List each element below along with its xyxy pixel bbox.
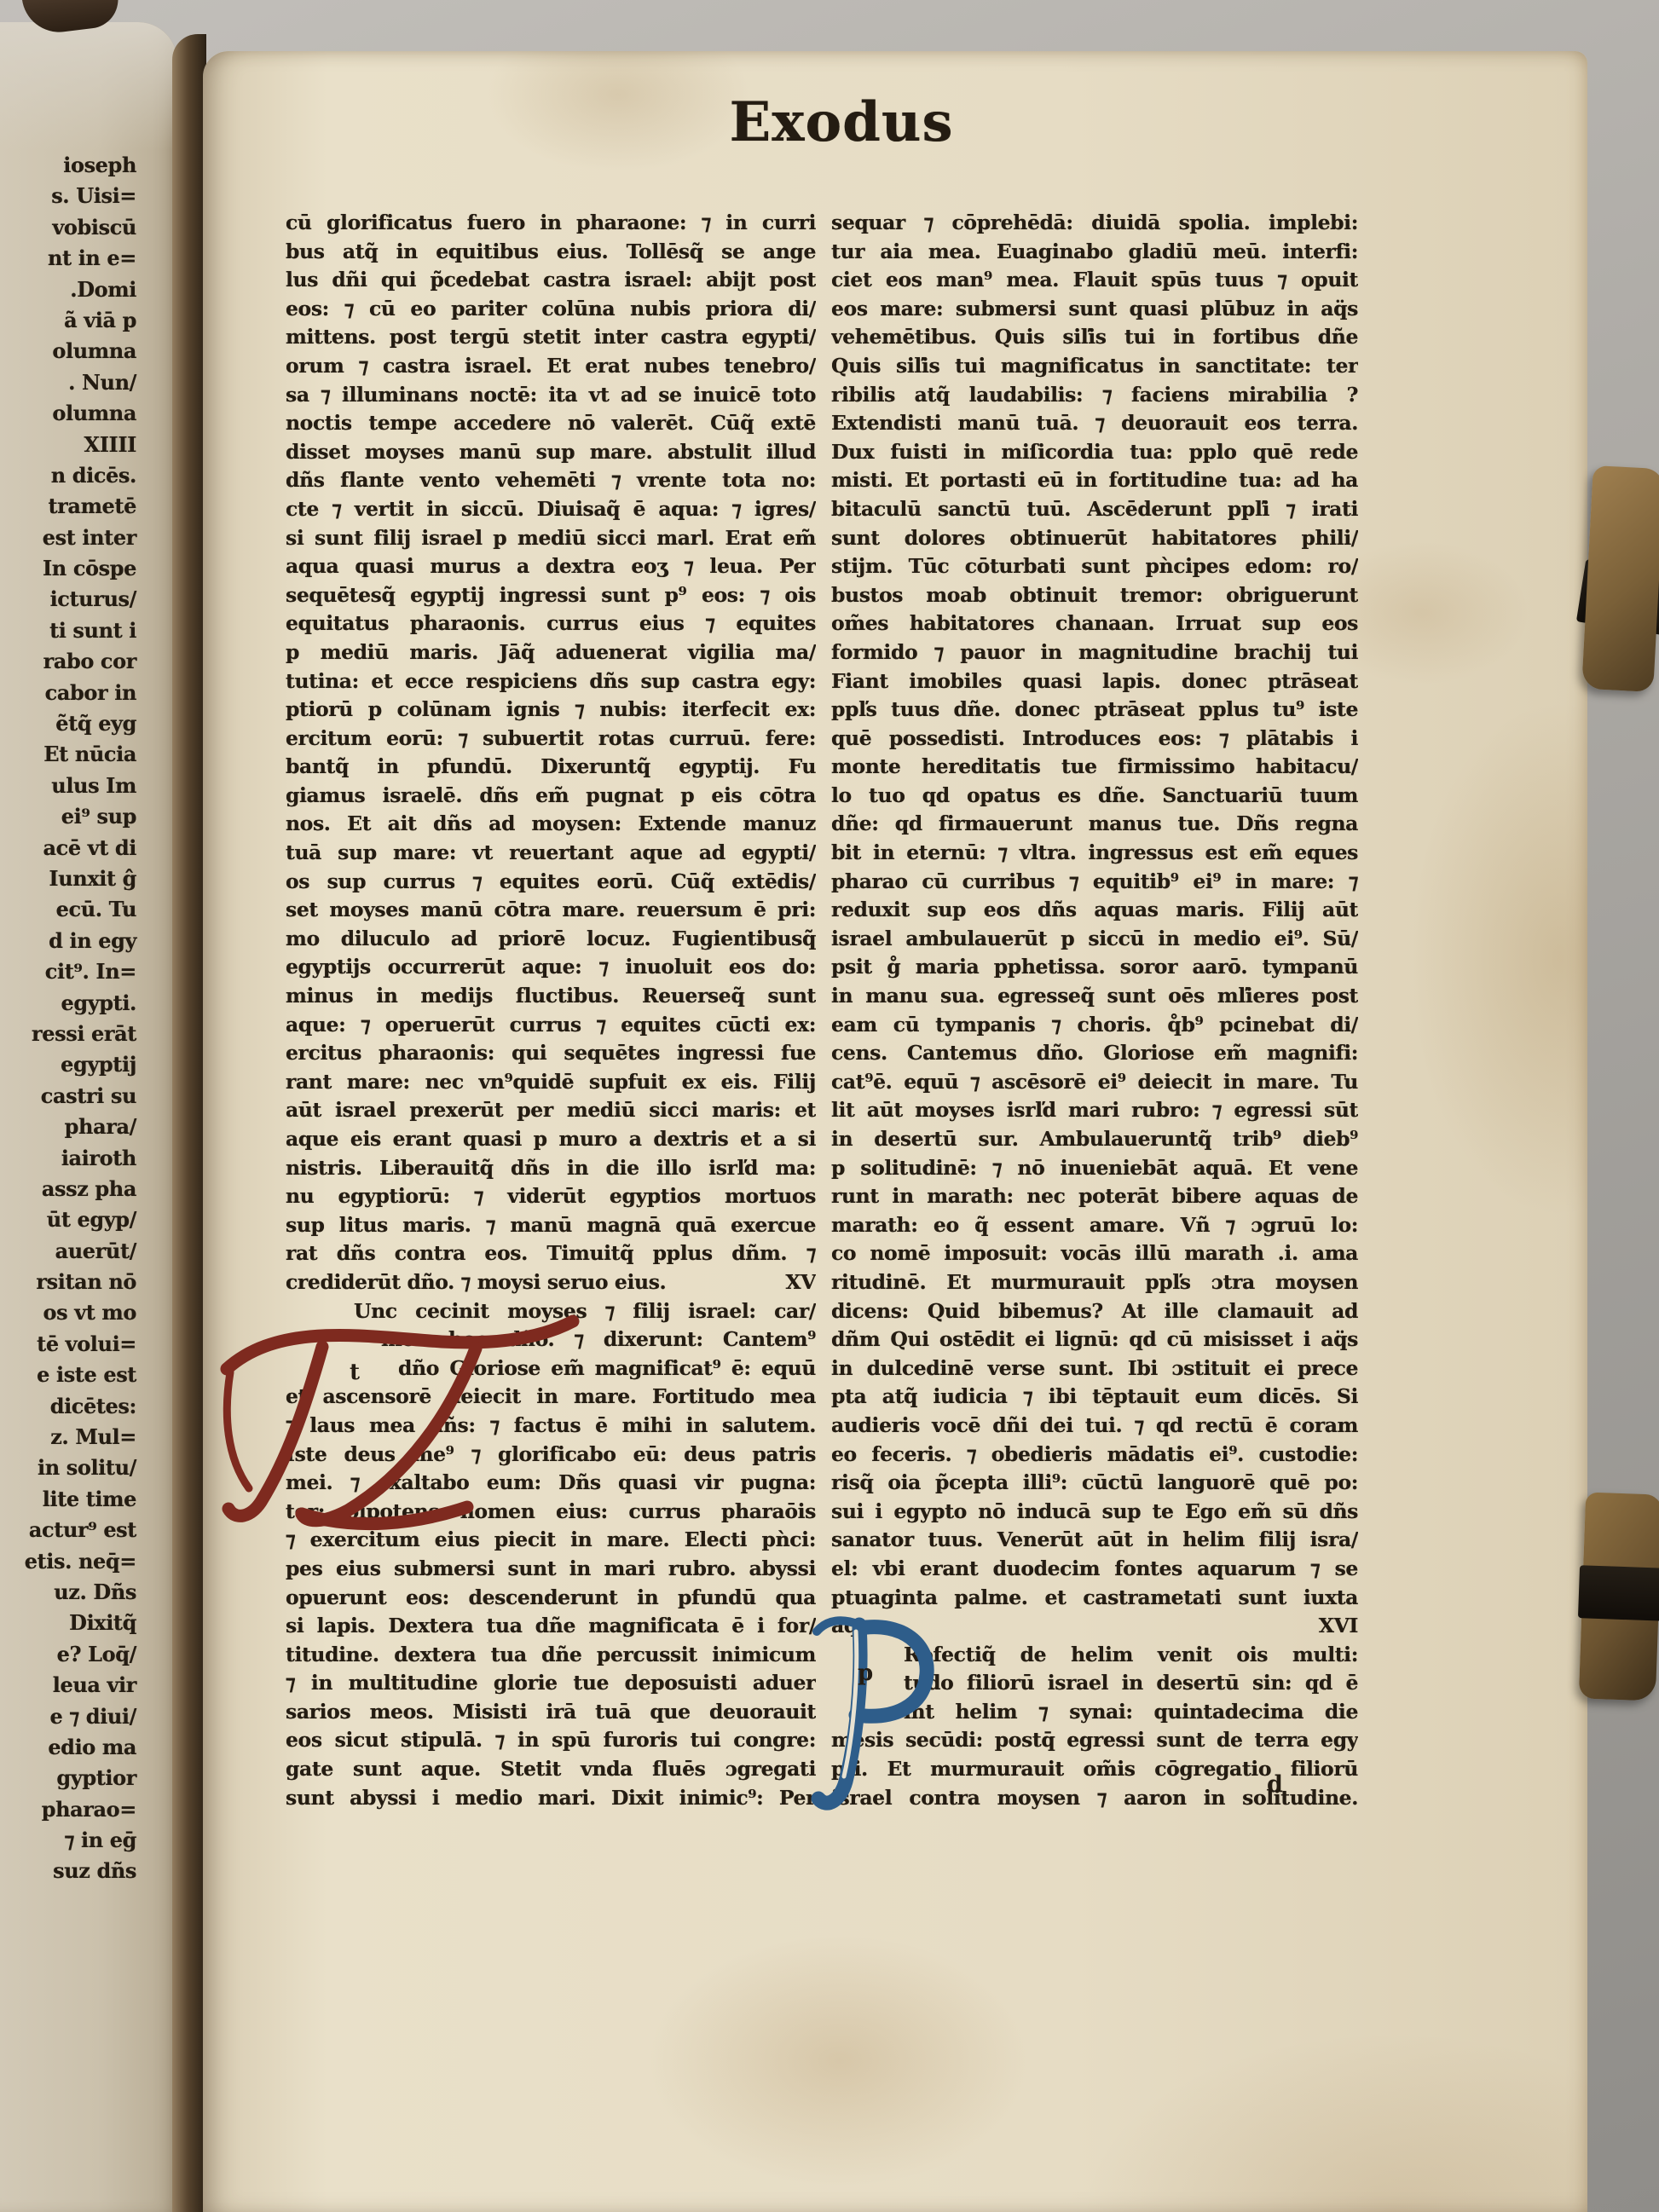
text-line: pes eius submersi sunt in mari rubro. ab… <box>286 1555 816 1584</box>
text-line: tur aia mea. Euaginabo gladiū meū. inter… <box>831 238 1358 267</box>
text-line: mo diluculo ad priorē locuz. Fugientibus… <box>286 925 816 954</box>
text-line: sui i egypto nō inducā sup te Ego em̃ sū… <box>831 1498 1358 1527</box>
text-line: lo tuo qd opatus es dñe. Sanctuariū tuum <box>831 782 1358 811</box>
signature-mark: d <box>1267 1771 1283 1798</box>
text-line: p solitudinē: ⁊ nō inueniebāt aquā. Et v… <box>831 1154 1358 1183</box>
facing-text-line: ei⁹ sup <box>0 801 136 832</box>
text-line: cū glorificatus fuero in pharaone: ⁊ in … <box>286 209 816 238</box>
facing-page-top-curl <box>0 22 177 150</box>
text-line: co nomē imposuit: vocās illū marath .i. … <box>831 1239 1358 1268</box>
facing-text-line: iairoth <box>0 1143 136 1174</box>
gutter-shadow <box>172 34 206 2212</box>
facing-text-line: e? Loq̄/ <box>0 1639 136 1670</box>
facing-text-line: ūt egyp/ <box>0 1204 136 1235</box>
text-line: disset moyses manū sup mare. abstulit il… <box>286 438 816 467</box>
facing-text-line: lite time <box>0 1484 136 1515</box>
facing-text-line: Dixitq̃ <box>0 1608 136 1638</box>
chapter-numeral: XV <box>785 1268 816 1297</box>
text-line: mittens. post tergū stetit inter castra … <box>286 323 816 352</box>
facing-text-line: e iste est <box>0 1360 136 1390</box>
facing-text-line: ã viā p <box>0 305 136 336</box>
facing-text-line: acē vt di <box>0 833 136 863</box>
facing-page-text-column: iosephs. Uisi=vobiscūnt in e=.Domiã viā … <box>0 150 136 1887</box>
text-line: ercitum eorū: ⁊ subuertit rotas curruū. … <box>286 725 816 754</box>
text-line: pta atq̃ iudicia ⁊ ibi tēptauit eum dicē… <box>831 1383 1358 1412</box>
facing-text-line: ẽtq̃ eyg <box>0 708 136 739</box>
facing-text-line: e ⁊ diui/ <box>0 1701 136 1732</box>
text-column-left: cū glorificatus fuero in pharaone: ⁊ in … <box>286 209 816 1812</box>
facing-text-line: castri su <box>0 1081 136 1112</box>
facing-text-line: ulus Im <box>0 771 136 801</box>
book-page: Exodus cū glorificatus fuero in pharaone… <box>203 51 1587 2212</box>
text-line: el: vbi erant duodecim fontes aquarum ⁊ … <box>831 1555 1358 1584</box>
facing-text-line: est inter <box>0 523 136 553</box>
text-line: ptuaginta palme. et castrametati sunt iu… <box>831 1584 1358 1613</box>
facing-text-line: gyptior <box>0 1763 136 1793</box>
text-line: tuā sup mare: vt reuertant aque ad egypt… <box>286 839 816 868</box>
text-line: audieris vocē dñi dei tui. ⁊ qd rectū ē … <box>831 1412 1358 1441</box>
text-line: dñm Qui ostēdit ei lignū: qd cū misisset… <box>831 1325 1358 1354</box>
text-line: sequētesq̃ egyptij ingressi sunt p⁹ eos:… <box>286 581 816 610</box>
facing-text-line: trametē <box>0 491 136 522</box>
text-line: ppľs tuus dñe. donec ptrāseat pplus tu⁹ … <box>831 696 1358 725</box>
text-line: eam cū tympanis ⁊ choris. q̊b⁹ pcinebat … <box>831 1011 1358 1040</box>
text-line: marath: eo q̃ essent amare. Vñ ⁊ ɔgruū l… <box>831 1211 1358 1240</box>
text-line: pharao cū curribus ⁊ equitib⁹ ei⁹ in mar… <box>831 868 1358 897</box>
text-line: sunt abyssi i medio mari. Dixit inimic⁹:… <box>286 1784 816 1813</box>
facing-text-line: phara/ <box>0 1112 136 1142</box>
text-line: dñe: qd firmauerunt manus tue. Dñs regna <box>831 810 1358 839</box>
text-line: nos. Et ait dñs ad moysen: Extende manuz <box>286 810 816 839</box>
facing-text-line: ti sunt i <box>0 615 136 646</box>
text-line: sunt dolores obtinuerūt habitatores phil… <box>831 524 1358 553</box>
text-line: eos: ⁊ cū eo pariter colūna nubis priora… <box>286 295 816 324</box>
facing-text-line: assz pha <box>0 1174 136 1204</box>
text-line: set moyses manū cōtra mare. reuersum ē p… <box>286 896 816 925</box>
facing-text-line: cabor in <box>0 678 136 708</box>
facing-text-line: egyptij <box>0 1049 136 1080</box>
illuminated-initial-P <box>808 1613 945 1817</box>
text-line: eos mare: submersi sunt quasi plūbuz in … <box>831 295 1358 324</box>
text-line: lit aūt moyses isrľd mari rubro: ⁊ egres… <box>831 1096 1358 1125</box>
facing-text-line: s. Uisi= <box>0 181 136 211</box>
facing-text-line: In cōspe <box>0 553 136 584</box>
guide-letter-p: p <box>858 1660 873 1686</box>
text-line: misti. Et portasti eū in fortitudine tua… <box>831 466 1358 495</box>
facing-text-line: rabo cor <box>0 646 136 677</box>
text-line: ciet eos man⁹ mea. Flauit spūs tuus ⁊ op… <box>831 266 1358 295</box>
text-line: gate sunt aque. Stetit vnda fluēs ɔgrega… <box>286 1755 816 1784</box>
facing-text-line: olumna <box>0 398 136 429</box>
running-title: Exodus <box>586 89 1097 157</box>
facing-text-line: n dicēs. <box>0 460 136 491</box>
facing-text-line: Et nūcia <box>0 739 136 770</box>
text-line: sequar ⁊ cōprehēdā: diuidā spolia. imple… <box>831 209 1358 238</box>
text-line: si lapis. Dextera tua dñe magnificata ē … <box>286 1612 816 1641</box>
clasp-bottom <box>1575 1493 1659 1700</box>
text-line: bit in eternū: ⁊ vltra. ingressus est em… <box>831 839 1358 868</box>
facing-text-line: edio ma <box>0 1732 136 1763</box>
facing-text-line: Iunxit ĝ <box>0 863 136 894</box>
facing-text-line: .Domi <box>0 274 136 305</box>
text-line: cens. Cantemus dño. Gloriose em̃ magnifi… <box>831 1039 1358 1068</box>
text-line: Quis siľis tui magnificatus in sanctitat… <box>831 352 1358 381</box>
text-line: aūt israel prexerūt per mediū sicci mari… <box>286 1096 816 1125</box>
text-line: sup litus maris. ⁊ manū magnā quā exercu… <box>286 1211 816 1240</box>
text-line: dñs flante vento vehemēti ⁊ vrente tota … <box>286 466 816 495</box>
text-line: sarios meos. Misisti irā tuā que deuorau… <box>286 1698 816 1727</box>
facing-text-line: dicētes: <box>0 1391 136 1422</box>
text-line: cte ⁊ vertit in siccū. Diuisaq̃ ē aqua: … <box>286 495 816 524</box>
text-line: ribilis atq̃ laudabilis: ⁊ faciens mirab… <box>831 381 1358 410</box>
text-line: dicens: Quid bibemus? At ille clamauit a… <box>831 1297 1358 1326</box>
text-line: rant mare: nec vn⁹quidē supfuit ex eis. … <box>286 1068 816 1097</box>
text-line: aque eis erant quasi p muro a dextris et… <box>286 1125 816 1154</box>
text-line: runt in marath: nec poterāt bibere aquas… <box>831 1182 1358 1211</box>
facing-text-line: . Nun/ <box>0 367 136 398</box>
text-line: orum ⁊ castra israel. Et erat nubes tene… <box>286 352 816 381</box>
text-line: bus atq̃ in equitibus eius. Tollēsq̃ se … <box>286 238 816 267</box>
text-line: ercitus pharaonis: qui sequētes ingressi… <box>286 1039 816 1068</box>
text-line: minus in medijs fluctibus. Reuerseq̃ sun… <box>286 982 816 1011</box>
text-line: equitatus pharaonis. currus eius ⁊ equit… <box>286 609 816 638</box>
text-line: sa ⁊ illuminans noctē: ita vt ad se inui… <box>286 381 816 410</box>
facing-text-line: pharao= <box>0 1794 136 1825</box>
text-line: israel ambulauerūt p siccū in medio ei⁹.… <box>831 925 1358 954</box>
text-line: quē possedisti. Introduces eos: ⁊ plātab… <box>831 725 1358 754</box>
text-line: os sup currus ⁊ equites eorū. Cūq̃ extēd… <box>286 868 816 897</box>
facing-text-line: etis. neq̄= <box>0 1546 136 1577</box>
text-line: vehemētibus. Quis siľis tui in fortibus … <box>831 323 1358 352</box>
facing-text-line: olumna <box>0 336 136 367</box>
facing-text-line: cit⁹. In= <box>0 956 136 987</box>
facing-text-line: ressi erāt <box>0 1019 136 1049</box>
text-line: tutina: et ecce respiciens dñs sup castr… <box>286 667 816 696</box>
text-line: rat dñs contra eos. Timuitq̃ pplus dñm. … <box>286 1239 816 1268</box>
text-column-right: sequar ⁊ cōprehēdā: diuidā spolia. imple… <box>831 209 1358 1812</box>
clasp-top-leather <box>1581 465 1659 692</box>
text-line: eo feceris. ⁊ obedieris mādatis ei⁹. cus… <box>831 1441 1358 1470</box>
text-line: egyptijs occurrerūt aque: ⁊ inuoluit eos… <box>286 953 816 982</box>
facing-text-line: z. Mul= <box>0 1422 136 1453</box>
facing-text-line: os vt mo <box>0 1297 136 1328</box>
text-line: psit g̊ maria pphetissa. soror aarō. tym… <box>831 953 1358 982</box>
text-line: titudine. dextera tua dñe percussit inim… <box>286 1641 816 1670</box>
facing-text-line: d in egy <box>0 926 136 956</box>
text-line: stijm. Tūc cōturbati sunt pǹcipes edom: … <box>831 552 1358 581</box>
text-line: ritudinē. Et murmurauit ppľs ɔtra moysen <box>831 1268 1358 1297</box>
text-line: aqua quasi murus a dextra eoʒ ⁊ leua. Pe… <box>286 552 816 581</box>
text-line: bustos moab obtinuit tremor: obriguerunt <box>831 581 1358 610</box>
text-line: bitaculū sanctū tuū. Ascēderunt ppľi ⁊ i… <box>831 495 1358 524</box>
facing-text-line: rsitan nō <box>0 1267 136 1297</box>
text-line: ptiorū p colūnam ignis ⁊ nubis: iterfeci… <box>286 696 816 725</box>
text-line: bantq̃ in pfundū. Dixeruntq̃ egyptij. Fu <box>286 753 816 782</box>
text-line: p mediū maris. Jāq̃ aduenerat vigilia ma… <box>286 638 816 667</box>
facing-text-line: ⁊ in eḡ <box>0 1825 136 1856</box>
text-line: formido ⁊ pauor in magnitudine brachij t… <box>831 638 1358 667</box>
facing-text-line: actur⁹ est <box>0 1515 136 1545</box>
text-line: nu egyptiorū: ⁊ viderūt egyptios mortuos <box>286 1182 816 1211</box>
facing-text-line: XIIII <box>0 430 136 460</box>
text-line: reduxit sup eos dñs aquas maris. Filij a… <box>831 896 1358 925</box>
text-line: cat⁹ē. equū ⁊ ascēsorē ei⁹ deiecit in ma… <box>831 1068 1358 1097</box>
text-line: in manu sua. egresseq̃ sunt oēs mľieres … <box>831 982 1358 1011</box>
text-line: opuerunt eos: descenderunt in pfundū qua <box>286 1584 816 1613</box>
facing-text-line: suz dñs <box>0 1856 136 1886</box>
facing-text-line: ioseph <box>0 150 136 181</box>
text-line: Fiant imobiles quasi lapis. donec ptrāse… <box>831 667 1358 696</box>
text-line: giamus israelē. dñs em̃ pugnat p eis cōt… <box>286 782 816 811</box>
clasp-top <box>1582 467 1659 690</box>
text-line: Dux fuisti in miſicordia tua: pplo quē r… <box>831 438 1358 467</box>
text-line: nistris. Liberauitq̃ dñs in die illo isr… <box>286 1154 816 1183</box>
facing-text-line: leua vir <box>0 1670 136 1701</box>
text-line: si sunt filij israel p mediū sicci marl.… <box>286 524 816 553</box>
text-line: om̃es habitatores chanaan. Irruat sup eo… <box>831 609 1358 638</box>
facing-text-line: icturus/ <box>0 584 136 615</box>
facing-page-edge: iosephs. Uisi=vobiscūnt in e=.Domiã viā … <box>0 22 177 2212</box>
facing-text-line: ecū. Tu <box>0 894 136 925</box>
facing-text-line: egypti. <box>0 988 136 1019</box>
facing-text-line: uz. Dñs <box>0 1577 136 1608</box>
rubricated-initial-T <box>220 1287 578 1551</box>
text-line: aque: ⁊ operuerūt currus ⁊ equites cūcti… <box>286 1011 816 1040</box>
text-line: noctis tempe accedere nō valerēt. Cūq̃ e… <box>286 409 816 438</box>
facing-text-line: auerūt/ <box>0 1236 136 1267</box>
text-line: in desertū sur. Ambulaueruntq̃ trib⁹ die… <box>831 1125 1358 1154</box>
text-line: risq̃ oia p̃cepta illi⁹: cūctū languorē … <box>831 1469 1358 1498</box>
chapter-numeral: XVI <box>1319 1612 1358 1641</box>
guide-letter-t: t <box>350 1360 360 1385</box>
facing-text-line: nt in e= <box>0 243 136 274</box>
text-line: Extendisti manū tuā. ⁊ deuorauit eos ter… <box>831 409 1358 438</box>
facing-text-line: tē volui= <box>0 1329 136 1360</box>
text-line: sanator tuus. Venerūt aūt in helim filij… <box>831 1526 1358 1555</box>
clasp-bottom-strap <box>1578 1565 1659 1621</box>
text-line: in dulcedinē verse sunt. Ibi ɔstituit ei… <box>831 1354 1358 1383</box>
text-line: eos sicut stipulā. ⁊ in spū furoris tui … <box>286 1726 816 1755</box>
text-line: ⁊ in multitudine glorie tue deposuisti a… <box>286 1669 816 1698</box>
text-line: lus dñi qui p̃cedebat castra israel: abi… <box>286 266 816 295</box>
text-line: monte hereditatis tue firmissimo habitac… <box>831 753 1358 782</box>
facing-text-line: in solitu/ <box>0 1453 136 1483</box>
facing-text-line: vobiscū <box>0 212 136 243</box>
